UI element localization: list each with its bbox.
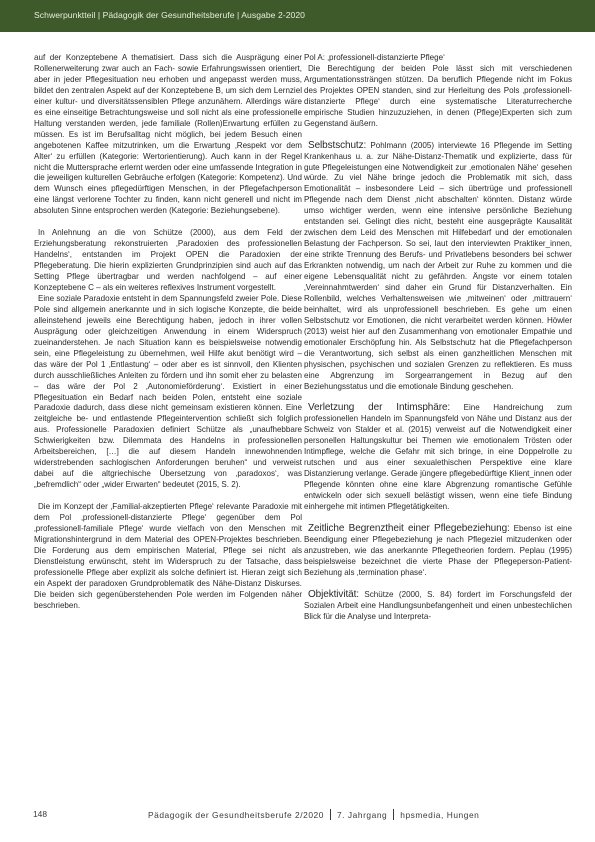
section-text: Eine Handreichung zum professionellen Ha…	[304, 403, 572, 511]
section-objektivitaet: Objektivität: Schütze (2000, S. 84) ford…	[304, 590, 572, 623]
body-paragraph: Eine soziale Paradoxie entsteht in dem S…	[34, 294, 302, 491]
section-heading: Objektivität:	[308, 589, 359, 600]
page-footer: 148 Pädagogik der Gesundheitsberufe 2/20…	[0, 806, 595, 826]
section-zeitliche-begrenztheit: Zeitliche Begrenztheit einer Pflegebezie…	[304, 524, 572, 579]
right-column: Pol A: ‚professionell-distanzierte Pfleg…	[304, 53, 572, 623]
body-paragraph: auf der Konzeptebene A thematisiert. Das…	[34, 53, 302, 217]
section-intimsphaere: Verletzung der Intimsphäre: Eine Handrei…	[304, 403, 572, 513]
running-header-title: Schwerpunktteil | Pädagogik der Gesundhe…	[34, 10, 305, 20]
left-column: auf der Konzeptebene A thematisiert. Das…	[34, 53, 302, 612]
section-heading: Selbstschutz:	[308, 140, 366, 151]
paragraph-gap	[34, 217, 302, 228]
divider	[393, 809, 394, 820]
body-paragraph: Die im Konzept der ‚Familial-akzeptierte…	[34, 502, 302, 612]
paragraph-gap	[34, 491, 302, 502]
running-header: Schwerpunktteil | Pädagogik der Gesundhe…	[0, 0, 595, 32]
body-paragraph: Die Berechtigung der beiden Pole lässt s…	[304, 64, 572, 130]
footer-info: Pädagogik der Gesundheitsberufe 2/20207.…	[148, 809, 479, 820]
divider	[330, 809, 331, 820]
section-heading: Zeitliche Begrenztheit einer Pflegebezie…	[308, 523, 510, 534]
subsection-title: Pol A: ‚professionell-distanzierte Pfleg…	[304, 53, 572, 64]
section-heading: Verletzung der Intimsphäre:	[308, 402, 450, 413]
section-text: Pohlmann (2005) interviewte 16 Pflegende…	[304, 141, 572, 391]
page-number: 148	[33, 809, 47, 819]
body-paragraph: In Anlehnung an die von Schütze (2000), …	[34, 228, 302, 294]
volume: 7. Jahrgang	[337, 810, 387, 820]
section-selbstschutz: Selbstschutz: Pohlmann (2005) interviewt…	[304, 141, 572, 393]
journal-name: Pädagogik der Gesundheitsberufe 2/2020	[148, 810, 324, 820]
publisher: hpsmedia, Hungen	[400, 810, 479, 820]
